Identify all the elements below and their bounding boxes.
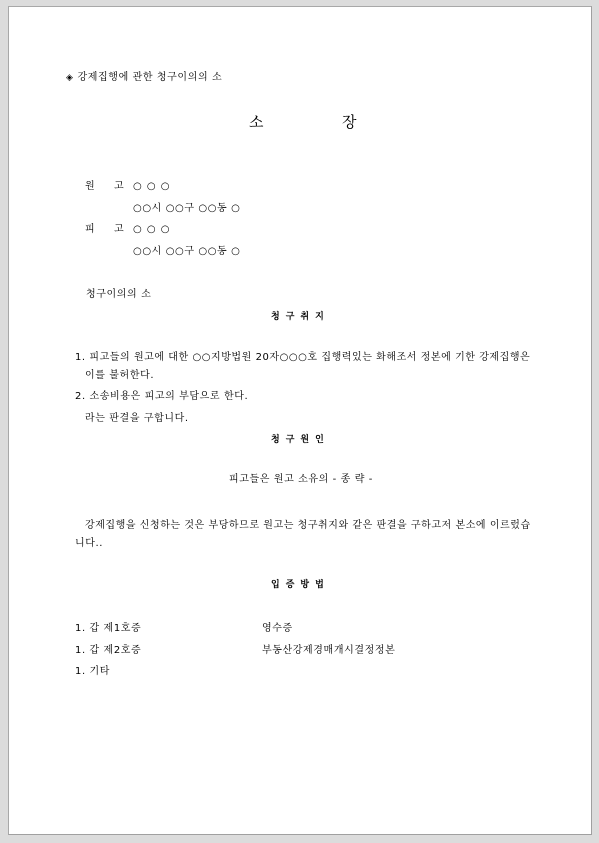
evidence-item-3-label: 1. 기타	[75, 666, 110, 678]
case-name: 청구이의의 소	[86, 289, 151, 301]
claim-item-2: 2. 소송비용은 피고의 부담으로 한다.	[75, 391, 248, 403]
plaintiff-label-1: 원	[85, 181, 95, 193]
claim-closing: 라는 판결을 구합니다.	[85, 413, 189, 425]
cause-heading: 청구원인	[271, 434, 330, 446]
evidence-item-1-value: 영수증	[262, 623, 293, 635]
doc-type-line: ◈강제집행에 관한 청구이의의 소	[66, 72, 222, 84]
defendant-address: ○○시 ○○구 ○○동 ○	[133, 246, 240, 258]
plaintiff-label-2: 고	[114, 181, 124, 193]
evidence-item-2-label: 1. 갑 제2호증	[75, 645, 141, 657]
title-part-2: 장	[342, 113, 357, 131]
evidence-item-2-value: 부동산강제경매개시결정정본	[262, 645, 395, 657]
cause-body-line-2: 니다..	[75, 538, 103, 550]
doc-type-text: 강제집행에 관한 청구이의의 소	[78, 72, 223, 83]
evidence-heading: 입증방법	[271, 579, 330, 591]
plaintiff-name: ○ ○ ○	[133, 181, 171, 193]
document-page: ◈강제집행에 관한 청구이의의 소 소 장 원 고 ○ ○ ○ ○○시 ○○구 …	[8, 6, 592, 835]
defendant-name: ○ ○ ○	[133, 224, 171, 236]
defendant-label-2: 고	[114, 224, 124, 236]
plaintiff-address: ○○시 ○○구 ○○동 ○	[133, 203, 240, 215]
defendant-label-1: 피	[85, 224, 95, 236]
diamond-bullet-icon: ◈	[66, 72, 74, 84]
claim-item-1-cont: 이를 불허한다.	[85, 370, 154, 382]
cause-subject: 피고들은 원고 소유의 - 종 략 -	[229, 474, 373, 486]
cause-body-line-1: 강제집행을 신청하는 것은 부당하므로 원고는 청구취지와 같은 판결을 구하고…	[85, 520, 531, 532]
evidence-item-1-label: 1. 갑 제1호증	[75, 623, 141, 635]
claim-heading: 청구취지	[271, 311, 330, 323]
claim-item-1: 1. 피고들의 원고에 대한 ○○지방법원 20자○○○호 집행력있는 화해조서…	[75, 352, 530, 364]
title-part-1: 소	[249, 113, 264, 131]
